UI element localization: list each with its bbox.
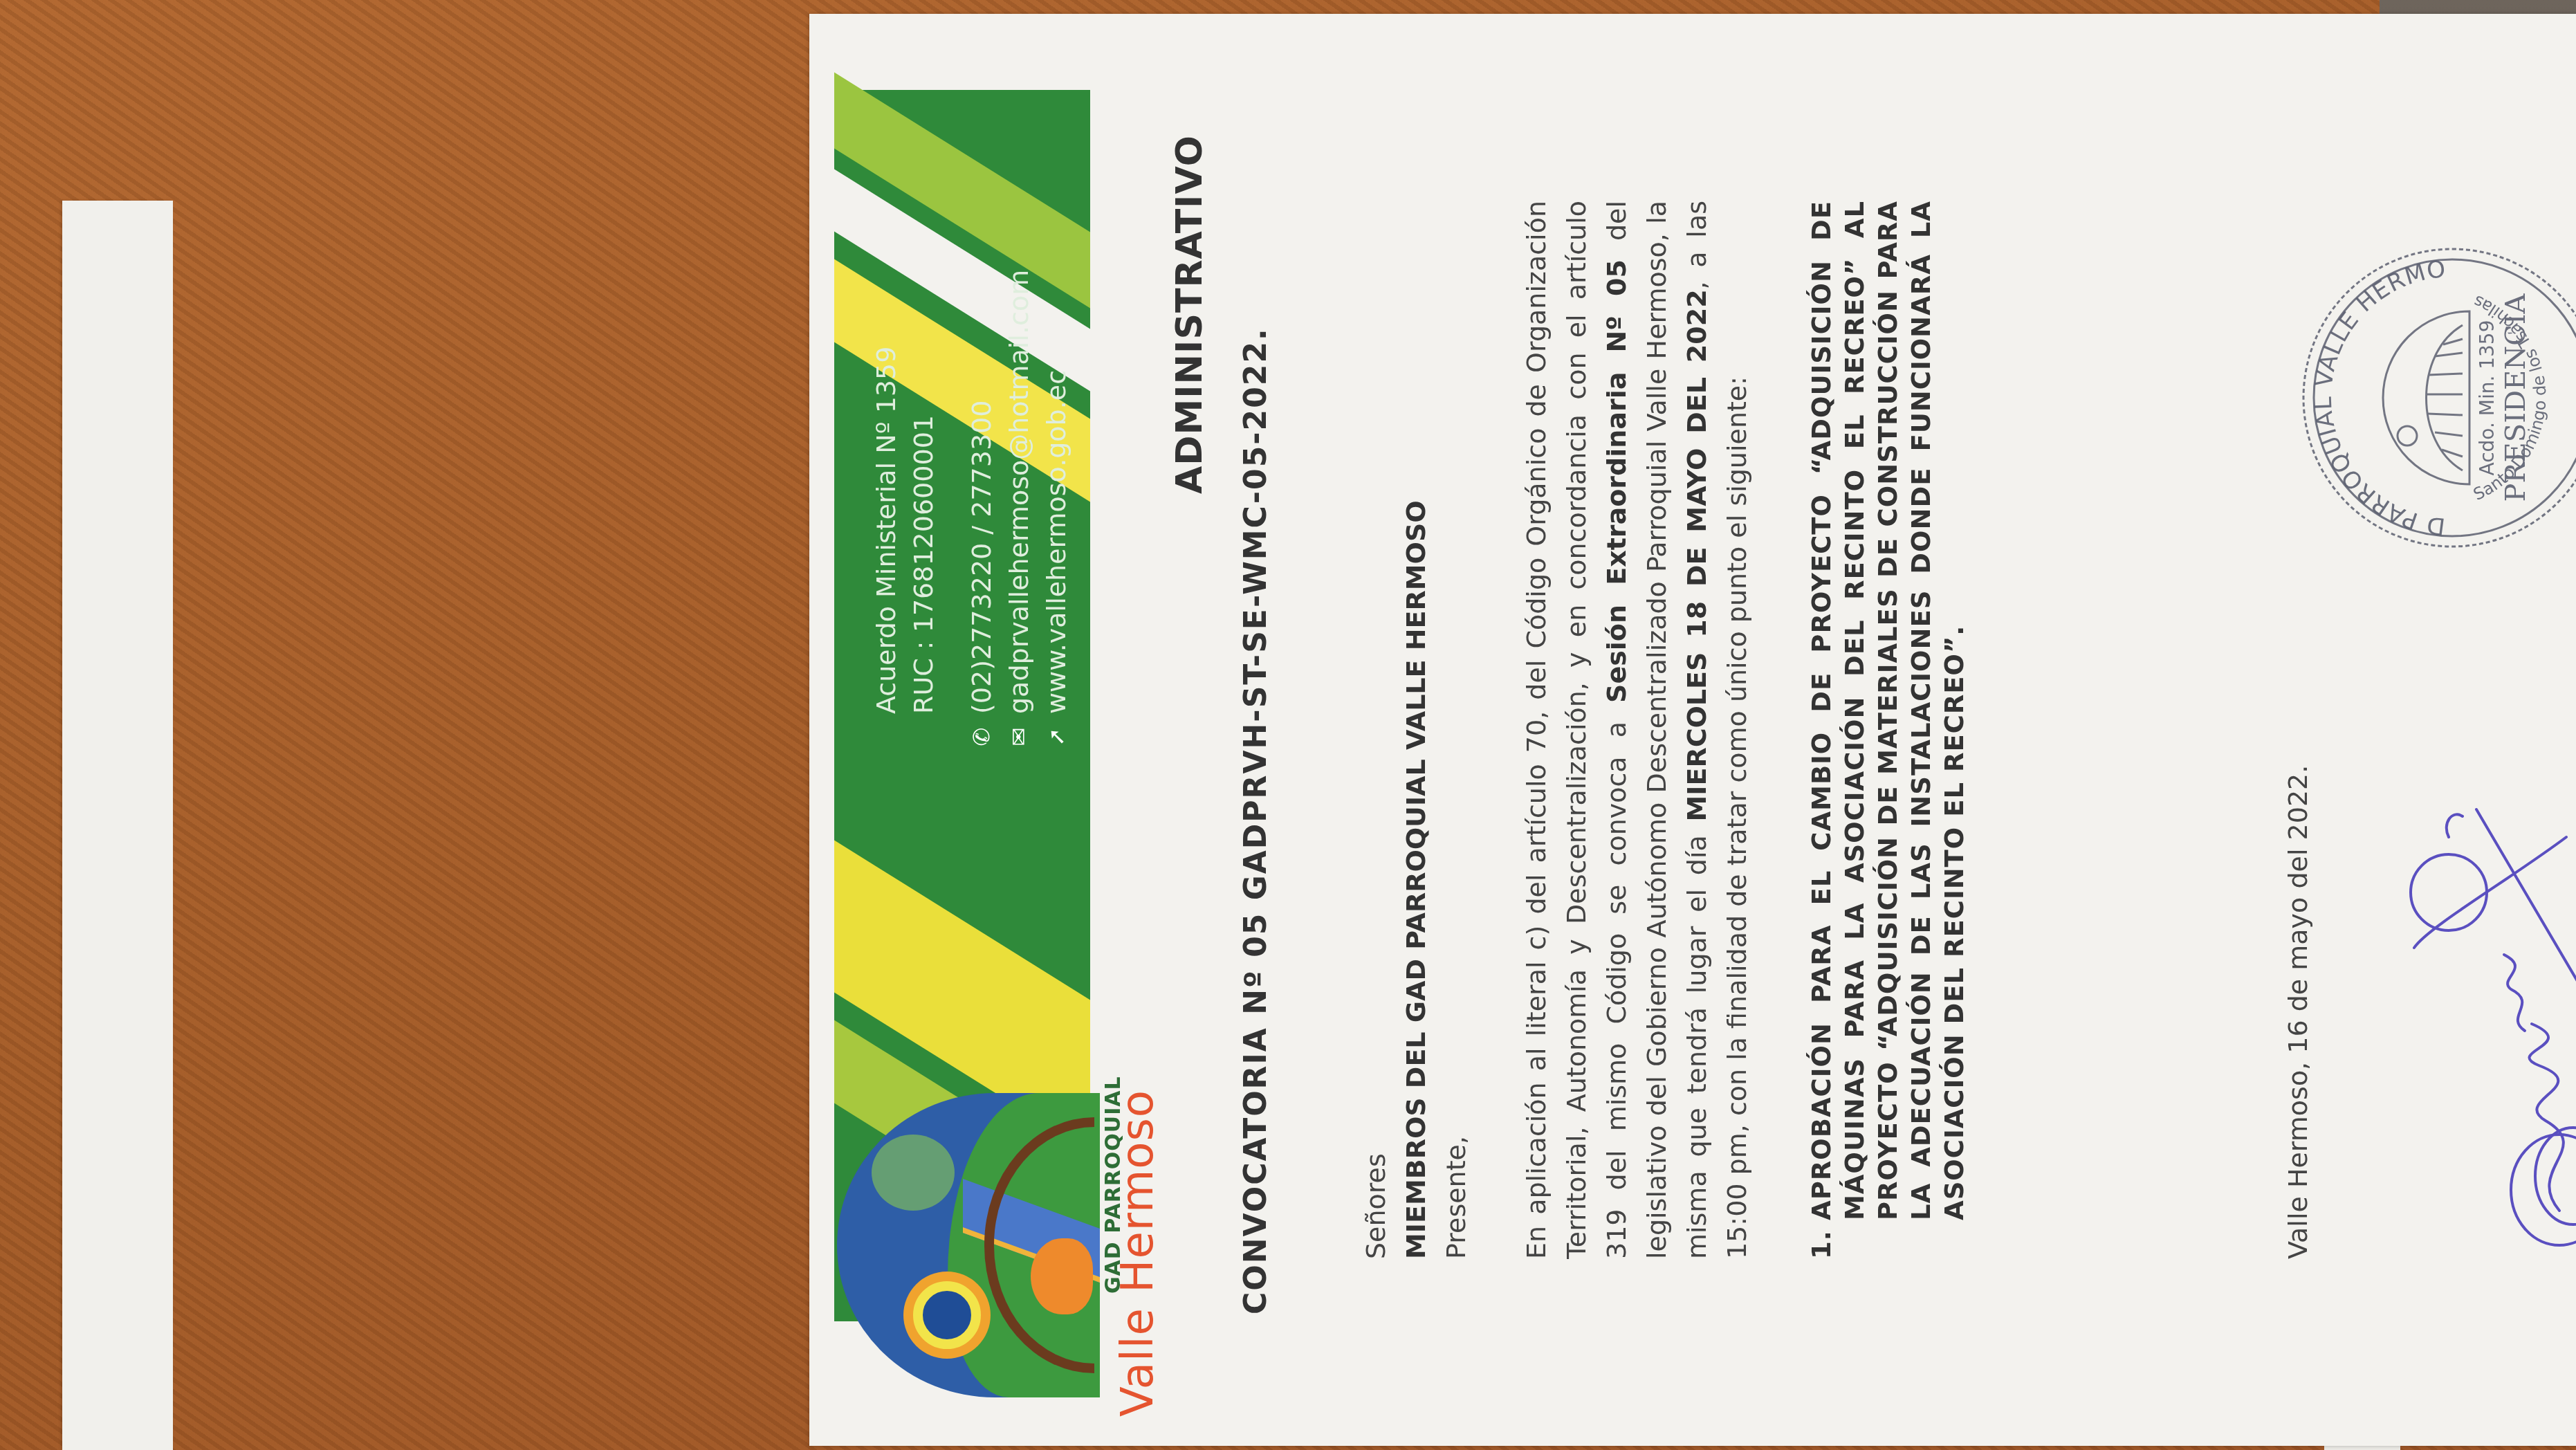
logo-emblem [837, 1093, 1100, 1397]
email-address: gadprvallehermoso@hotmail.com [1000, 270, 1038, 714]
salutation-line: Señores [1356, 201, 1396, 1259]
palm-icon [872, 1135, 955, 1211]
agenda-text: APROBACIÓN PARA EL CAMBIO DE PROYECTO “A… [1805, 201, 1971, 1220]
addressee: MIEMBROS DEL GAD PARROQUIAL VALLE HERMOS… [1396, 201, 1436, 1259]
logo-word-valle: Valle [1112, 1293, 1163, 1417]
phone-number: (02)2773220 / 2773300 [963, 401, 1000, 714]
session-date: MIERCOLES 18 DE MAYO DEL 2022 [1682, 289, 1712, 821]
acuerdo-ministerial: Acuerdo Ministerial Nº 1359 [867, 270, 905, 747]
logo-wordmark: Valle Hermoso [1112, 1090, 1163, 1417]
session-name: Sesión Extraordinaria Nº 05 [1601, 259, 1632, 703]
phone-icon: ✆ [963, 726, 1000, 747]
addressee-name: MIEMBROS DEL GAD PARROQUIAL VALLE HERMOS… [1401, 500, 1431, 1259]
mail-icon: ✉ [1000, 726, 1038, 747]
underlying-sheet [62, 201, 173, 1450]
svg-text:PRESIDENCIA: PRESIDENCIA [2500, 293, 2532, 502]
agenda-item: 1. APROBACIÓN PARA EL CAMBIO DE PROYECTO… [1805, 201, 1971, 1259]
official-stamp: GAD PARROQUIAL VALLE HERMOSO Santo Domin… [2290, 235, 2576, 560]
contact-block: Acuerdo Ministerial Nº 1359 RUC : 176812… [867, 270, 1075, 747]
presente-line: Presente, [1436, 201, 1476, 1259]
website: www.vallehermoso.gob.ec [1038, 370, 1075, 714]
letter-page: GAD PARROQUIAL Valle Hermoso Acuerdo Min… [809, 14, 2576, 1446]
body-paragraph: En aplicación al literal c) del artículo… [1516, 201, 1757, 1259]
logo: GAD PARROQUIAL Valle Hermoso [830, 1065, 1121, 1425]
letter-body: Señores MIEMBROS DEL GAD PARROQUIAL VALL… [1356, 201, 1971, 1259]
cursor-icon: ➚ [1038, 726, 1075, 747]
ruc-number: RUC : 1768120600001 [905, 270, 942, 747]
handwritten-signature [2386, 726, 2576, 1252]
place-and-date: Valle Hermoso, 16 de mayo del 2022. [2283, 765, 2313, 1259]
svg-text:GAD PARROQUIAL VALLE HERMOSO: GAD PARROQUIAL VALLE HERMOSO [2290, 255, 2447, 560]
flower-icon [1031, 1238, 1093, 1314]
document-title: CONVOCATORIA Nº 05 GADPRVH-ST-SE-WMC-05-… [1238, 327, 1273, 1314]
logo-word-hermoso: Hermoso [1112, 1090, 1163, 1293]
agenda-number: 1. [1805, 1236, 1971, 1259]
svg-text:Acdo. Min. 1359: Acdo. Min. 1359 [2476, 320, 2499, 475]
department-label: ADMINISTRATIVO [1169, 135, 1211, 494]
sun-icon [913, 1281, 981, 1349]
